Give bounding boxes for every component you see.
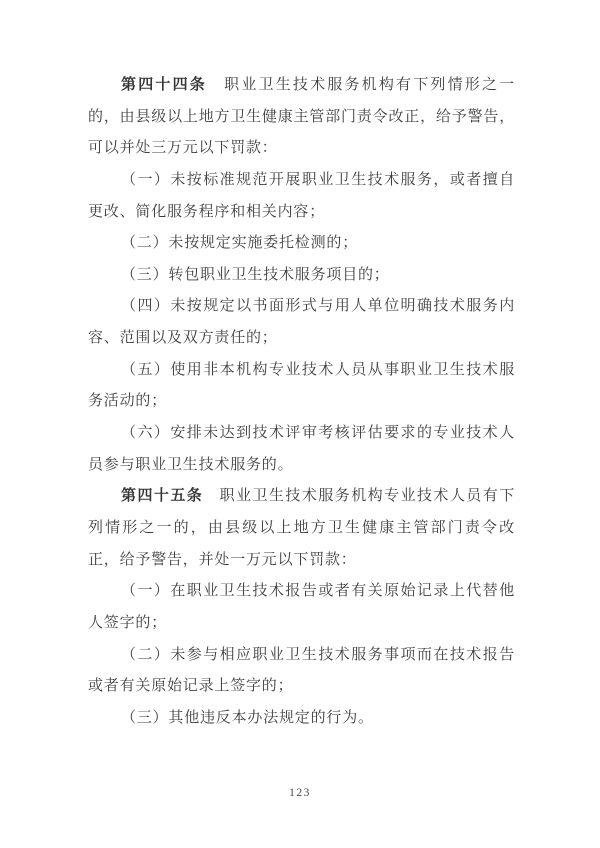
page-number: 123 <box>0 787 600 799</box>
text-line: 务活动的； <box>88 386 515 418</box>
line-text: 人签字的； <box>88 615 167 631</box>
line-text: 的，由县级以上地方卫生健康主管部门责令改正，给予警告， <box>88 109 515 125</box>
line-text: 职业卫生技术服务机构专业技术人员有下 <box>203 488 515 504</box>
line-text: 更改、简化服务程序和相关内容； <box>88 204 325 220</box>
text-line: （四）未按规定以书面形式与用人单位明确技术服务内 <box>88 291 515 323</box>
text-line: （一）在职业卫生技术报告或者有关原始记录上代替他 <box>88 576 515 608</box>
text-line: （一）未按标准规范开展职业卫生技术服务，或者擅自 <box>88 165 515 197</box>
line-text: （五）使用非本机构专业技术人员从事职业卫生技术服 <box>121 362 515 378</box>
text-line: （六）安排未达到技术评审考核评估要求的专业技术人 <box>88 418 515 450</box>
text-line: 员参与职业卫生技术服务的。 <box>88 450 515 482</box>
line-text: （三）其他违反本办法规定的行为。 <box>121 710 374 726</box>
line-text: （六）安排未达到技术评审考核评估要求的专业技术人 <box>121 425 515 441</box>
text-line: （二）未按规定实施委托检测的； <box>88 228 515 260</box>
line-text: 列情形之一的，由县级以上地方卫生健康主管部门责令改 <box>88 520 515 536</box>
text-line: 容、范围以及双方责任的； <box>88 323 515 355</box>
line-text: 正，给予警告，并处一万元以下罚款： <box>88 552 357 568</box>
document-text-block: 第四十四条 职业卫生技术服务机构有下列情形之一的，由县级以上地方卫生健康主管部门… <box>88 70 515 734</box>
article-number: 第四十五条 <box>121 488 203 504</box>
text-line: 第四十五条 职业卫生技术服务机构专业技术人员有下 <box>88 481 515 513</box>
text-line: （三）其他违反本办法规定的行为。 <box>88 703 515 735</box>
text-line: 正，给予警告，并处一万元以下罚款： <box>88 545 515 577</box>
line-text: 可以并处三万元以下罚款： <box>88 140 278 156</box>
line-text: （三）转包职业卫生技术服务项目的； <box>121 267 390 283</box>
text-line: （三）转包职业卫生技术服务项目的； <box>88 260 515 292</box>
text-line: 列情形之一的，由县级以上地方卫生健康主管部门责令改 <box>88 513 515 545</box>
line-text: 员参与职业卫生技术服务的。 <box>88 457 293 473</box>
text-line: 的，由县级以上地方卫生健康主管部门责令改正，给予警告， <box>88 102 515 134</box>
text-line: （五）使用非本机构专业技术人员从事职业卫生技术服 <box>88 355 515 387</box>
document-page: 第四十四条 职业卫生技术服务机构有下列情形之一的，由县级以上地方卫生健康主管部门… <box>0 0 600 848</box>
line-text: 务活动的； <box>88 393 167 409</box>
line-text: 或者有关原始记录上签字的； <box>88 678 293 694</box>
line-text: （一）在职业卫生技术报告或者有关原始记录上代替他 <box>121 583 515 599</box>
text-line: 或者有关原始记录上签字的； <box>88 671 515 703</box>
line-text: 容、范围以及双方责任的； <box>88 330 278 346</box>
text-line: 人签字的； <box>88 608 515 640</box>
line-text: （二）未按规定实施委托检测的； <box>121 235 358 251</box>
text-line: 可以并处三万元以下罚款： <box>88 133 515 165</box>
line-text: 职业卫生技术服务机构有下列情形之一 <box>207 77 515 93</box>
line-text: （二）未参与相应职业卫生技术服务事项而在技术报告 <box>121 647 515 663</box>
text-line: （二）未参与相应职业卫生技术服务事项而在技术报告 <box>88 640 515 672</box>
text-line: 更改、简化服务程序和相关内容； <box>88 197 515 229</box>
article-number: 第四十四条 <box>121 77 207 93</box>
line-text: （一）未按标准规范开展职业卫生技术服务，或者擅自 <box>121 172 515 188</box>
text-line: 第四十四条 职业卫生技术服务机构有下列情形之一 <box>88 70 515 102</box>
line-text: （四）未按规定以书面形式与用人单位明确技术服务内 <box>121 298 515 314</box>
